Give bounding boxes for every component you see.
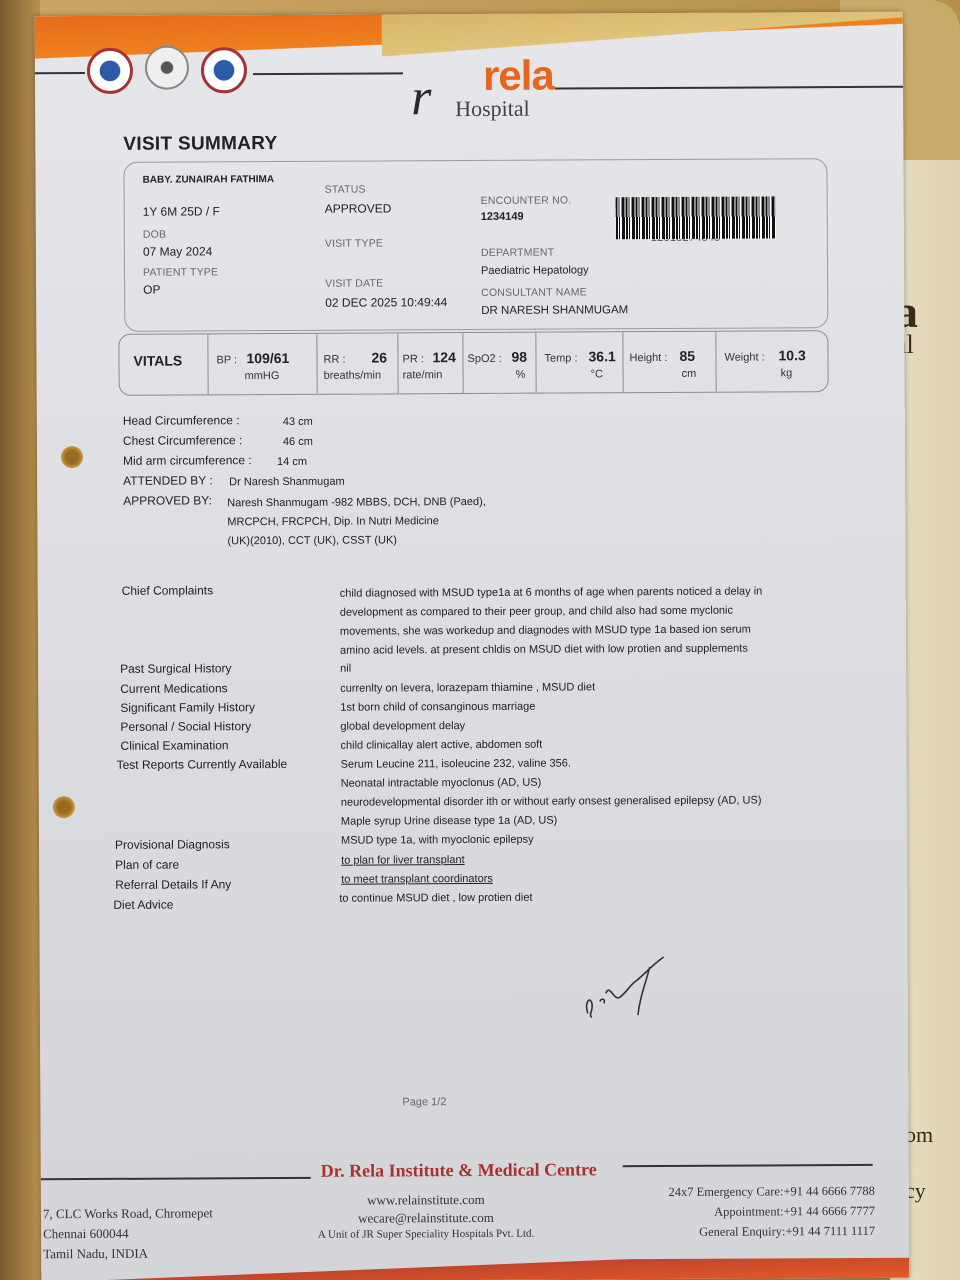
vitals-title-cell: VITALS xyxy=(119,334,208,394)
vital-weight: Weight : 10.3 kg xyxy=(716,331,827,392)
visit-date-value: 02 DEC 2025 10:49:44 xyxy=(325,295,447,310)
accreditation-seal-icon xyxy=(87,48,133,94)
plan-of-care-label: Plan of care xyxy=(115,858,179,872)
vital-unit: % xyxy=(516,369,526,381)
vital-bp: BP : 109/61 mmHG xyxy=(208,334,317,395)
header-rule xyxy=(253,72,403,75)
provisional-diagnosis-label: Provisional Diagnosis xyxy=(115,837,230,852)
diet-advice-label: Diet Advice xyxy=(113,898,173,912)
approved-by-line: (UK)(2010), CCT (UK), CSST (UK) xyxy=(227,534,397,547)
visit-type-label: VISIT TYPE xyxy=(325,237,383,249)
test-reports-label: Test Reports Currently Available xyxy=(117,757,288,772)
uhid-barcode xyxy=(616,196,776,239)
background-folder-left xyxy=(0,0,40,1280)
consultant-value: DR NARESH SHANMUGAM xyxy=(481,304,628,317)
diet-advice-value: to continue MSUD diet , low protien diet xyxy=(339,892,532,905)
chest-circ-value: 46 cm xyxy=(283,436,313,448)
vital-unit: cm xyxy=(682,368,697,380)
iso-seal-icon xyxy=(145,45,189,89)
complaint-line: amino acid levels. at present chldis on … xyxy=(340,639,830,661)
patient-name: BABY. ZUNAIRAH FATHIMA xyxy=(143,174,275,186)
head-circ-value: 43 cm xyxy=(283,416,313,428)
dob-label: DOB xyxy=(143,229,166,241)
footer-enquiry-contact: General Enquiry:+91 44 7111 1117 xyxy=(699,1224,875,1240)
complaint-line: development as compared to their peer gr… xyxy=(340,601,830,623)
rela-logo-mark-icon: r xyxy=(411,68,432,127)
visit-date-label: VISIT DATE xyxy=(325,277,383,289)
vital-temp: Temp : 36.1 °C xyxy=(536,332,623,392)
header-rule xyxy=(555,86,903,90)
brand-name: rela xyxy=(483,52,554,100)
vital-value: 10.3 xyxy=(778,347,805,363)
footer-address-line: Tamil Nadu, INDIA xyxy=(43,1246,148,1263)
social-history-value: global development delay xyxy=(340,720,465,733)
punch-hole xyxy=(53,796,75,818)
vital-unit: kg xyxy=(781,367,793,379)
footer-email-link[interactable]: wecare@relainstitute.com xyxy=(301,1210,551,1227)
provisional-diagnosis-value: MSUD type 1a, with myoclonic epilepsy xyxy=(341,834,534,847)
vital-height: Height : 85 cm xyxy=(623,332,716,392)
footer-rule xyxy=(623,1164,873,1167)
page-title: VISIT SUMMARY xyxy=(123,133,277,156)
chief-complaints-text: child diagnosed with MSUD type1a at 6 mo… xyxy=(340,582,830,661)
patient-type-value: OP xyxy=(143,283,160,297)
referral-label: Referral Details If Any xyxy=(115,877,231,892)
visit-summary-document: r rela Hospital VISIT SUMMARY BABY. ZUNA… xyxy=(35,12,910,1280)
status-label: STATUS xyxy=(325,184,366,196)
status-value: APPROVED xyxy=(325,201,392,215)
patient-info-card: BABY. ZUNAIRAH FATHIMA 1Y 6M 25D / F DOB… xyxy=(123,158,828,332)
chest-circ-label: Chest Circumference : xyxy=(123,433,242,448)
footer-rule xyxy=(41,1177,311,1180)
footer-address-line: 7, CLC Works Road, Chromepet xyxy=(43,1205,213,1222)
footer-band xyxy=(41,1258,909,1280)
approved-by-line: MRCPCH, FRCPCH, Dip. In Nutri Medicine xyxy=(227,515,439,528)
family-history-value: 1st born child of consanginous marriage xyxy=(340,701,535,714)
vital-key: Temp : xyxy=(544,352,577,364)
brand-subtitle: Hospital xyxy=(455,96,530,122)
footer-appointment-contact: Appointment:+91 44 6666 7777 xyxy=(714,1204,875,1220)
attended-by-value: Dr Naresh Shanmugam xyxy=(229,476,345,489)
footer-unit-of: A Unit of JR Super Speciality Hospitals … xyxy=(291,1228,561,1241)
vital-value: 85 xyxy=(679,348,695,364)
footer-emergency-contact: 24x7 Emergency Care:+91 44 6666 7788 xyxy=(668,1184,875,1200)
header-gold-band xyxy=(382,12,903,71)
vital-key: RR : xyxy=(323,354,345,366)
past-surgical-label: Past Surgical History xyxy=(120,661,231,676)
finding-line: Neonatal intractable myoclonus (AD, US) xyxy=(341,777,542,790)
clinical-exam-value: child clinicallay alert active, abdomen … xyxy=(340,739,542,752)
patient-age-gender: 1Y 6M 25D / F xyxy=(143,204,220,218)
vital-value: 109/61 xyxy=(246,350,289,366)
vital-value: 124 xyxy=(432,349,455,365)
social-history-label: Personal / Social History xyxy=(120,719,251,734)
complaint-line: child diagnosed with MSUD type1a at 6 mo… xyxy=(340,582,830,604)
encounter-value: 1234149 xyxy=(481,211,524,223)
footer-institute-name: Dr. Rela Institute & Medical Centre xyxy=(321,1159,597,1181)
vital-key: PR : xyxy=(402,353,423,365)
vital-unit: rate/min xyxy=(403,369,443,381)
current-medications-label: Current Medications xyxy=(120,681,227,696)
vital-pr: PR : 124 rate/min xyxy=(398,333,463,393)
department-label: DEPARTMENT xyxy=(481,247,554,259)
vitals-panel: VITALS BP : 109/61 mmHG RR : 26 breaths/… xyxy=(118,330,828,396)
mid-arm-circ-value: 14 cm xyxy=(277,456,307,468)
vital-value: 36.1 xyxy=(588,348,615,364)
chief-complaints-label: Chief Complaints xyxy=(122,583,213,597)
vital-value: 98 xyxy=(511,349,527,365)
footer-address-line: Chennai 600044 xyxy=(43,1226,129,1242)
clinical-exam-label: Clinical Examination xyxy=(120,738,228,753)
finding-line: Maple syrup Urine disease type 1a (AD, U… xyxy=(341,815,557,828)
approved-by-label: APPROVED BY: xyxy=(123,493,212,507)
vital-key: Height : xyxy=(629,352,667,364)
encounter-label: ENCOUNTER NO. xyxy=(481,194,572,206)
head-circ-label: Head Circumference : xyxy=(123,413,240,428)
finding-line: neurodevelopmental disorder ith or witho… xyxy=(341,794,762,808)
signature-icon xyxy=(580,953,670,1023)
vital-spo2: SpO2 : 98 % xyxy=(463,333,536,393)
approved-by-line: Naresh Shanmugam -982 MBBS, DCH, DNB (Pa… xyxy=(227,496,486,509)
attended-by-label: ATTENDED BY : xyxy=(123,473,213,487)
vital-value: 26 xyxy=(371,349,387,365)
vital-key: SpO2 : xyxy=(467,353,501,365)
complaint-line: movements, she was workedup and diagnode… xyxy=(340,620,830,642)
accreditation-seal-icon xyxy=(201,47,247,93)
vital-unit: mmHG xyxy=(245,370,280,382)
dob-value: 07 May 2024 xyxy=(143,244,212,258)
plan-of-care-value: to plan for liver transplant xyxy=(341,854,465,867)
footer-website-link[interactable]: www.relainstitute.com xyxy=(301,1192,551,1209)
consultant-label: CONSULTANT NAME xyxy=(481,286,587,299)
department-value: Paediatric Hepatology xyxy=(481,264,589,277)
patient-type-label: PATIENT TYPE xyxy=(143,266,218,278)
page-number: Page 1/2 xyxy=(402,1096,446,1108)
family-history-label: Significant Family History xyxy=(120,700,255,715)
vital-key: BP : xyxy=(216,354,237,366)
past-surgical-value: nil xyxy=(340,663,351,675)
vitals-title: VITALS xyxy=(133,353,182,369)
current-medications-value: currenlty on levera, lorazepam thiamine … xyxy=(340,681,595,694)
vital-key: Weight : xyxy=(724,351,764,363)
mid-arm-circ-label: Mid arm circumference : xyxy=(123,453,252,468)
referral-value: to meet transplant coordinators xyxy=(341,873,493,886)
punch-hole xyxy=(61,446,83,468)
vital-unit: °C xyxy=(591,368,603,380)
header-rule xyxy=(35,72,85,74)
vital-rr: RR : 26 breaths/min xyxy=(317,333,398,393)
test-reports-value: Serum Leucine 211, isoleucine 232, valin… xyxy=(341,757,571,770)
background-text: om xyxy=(905,1122,933,1148)
vital-unit: breaths/min xyxy=(324,369,382,381)
